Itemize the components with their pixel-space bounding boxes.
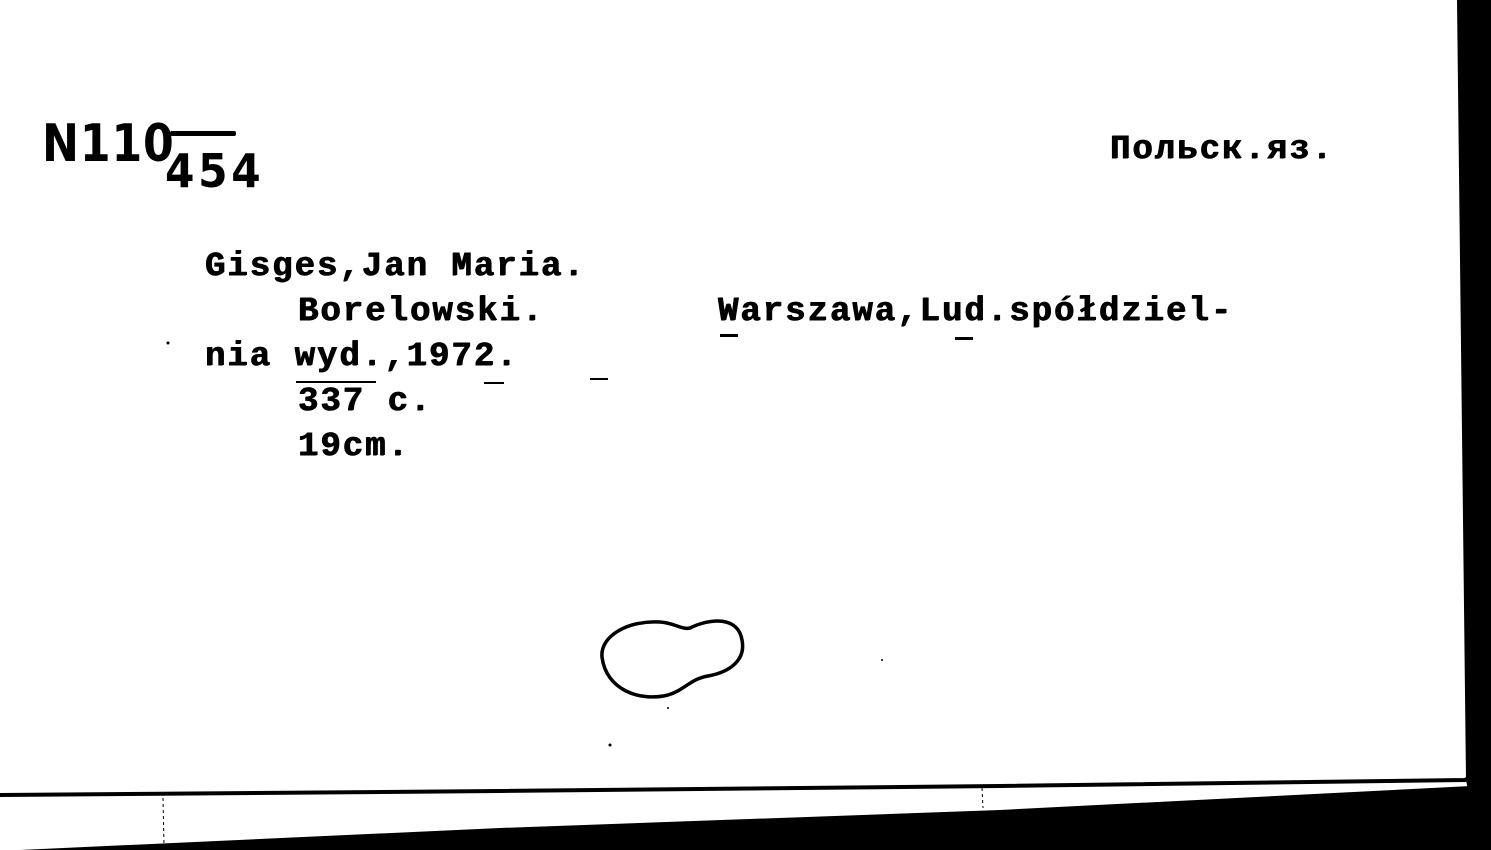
scan-background <box>0 0 1491 850</box>
underline-mark <box>955 337 973 340</box>
underline-mark <box>484 382 504 384</box>
language-label: Польск.яз. <box>1110 133 1334 167</box>
underline-mark <box>590 378 608 380</box>
underline-mark <box>296 381 376 383</box>
title-line: Borelowski. <box>298 295 544 329</box>
oval-stamp-icon <box>602 621 743 697</box>
pages-line: 337 c. <box>298 385 432 419</box>
shelfmark-sub: 454 <box>165 148 264 194</box>
card-bottom-edge <box>0 776 1472 795</box>
shelfmark-main: N110 <box>42 118 175 170</box>
shelfmark-overline <box>170 131 236 136</box>
imprint-line-1: Warszawa,Lud.spółdziel- <box>718 295 1233 329</box>
underline-mark <box>720 334 738 337</box>
size-line: 19cm. <box>298 430 410 464</box>
author-line: Gisges,Jan Maria. <box>205 250 586 284</box>
imprint-line-2: nia wyd.,1972. <box>205 340 519 374</box>
